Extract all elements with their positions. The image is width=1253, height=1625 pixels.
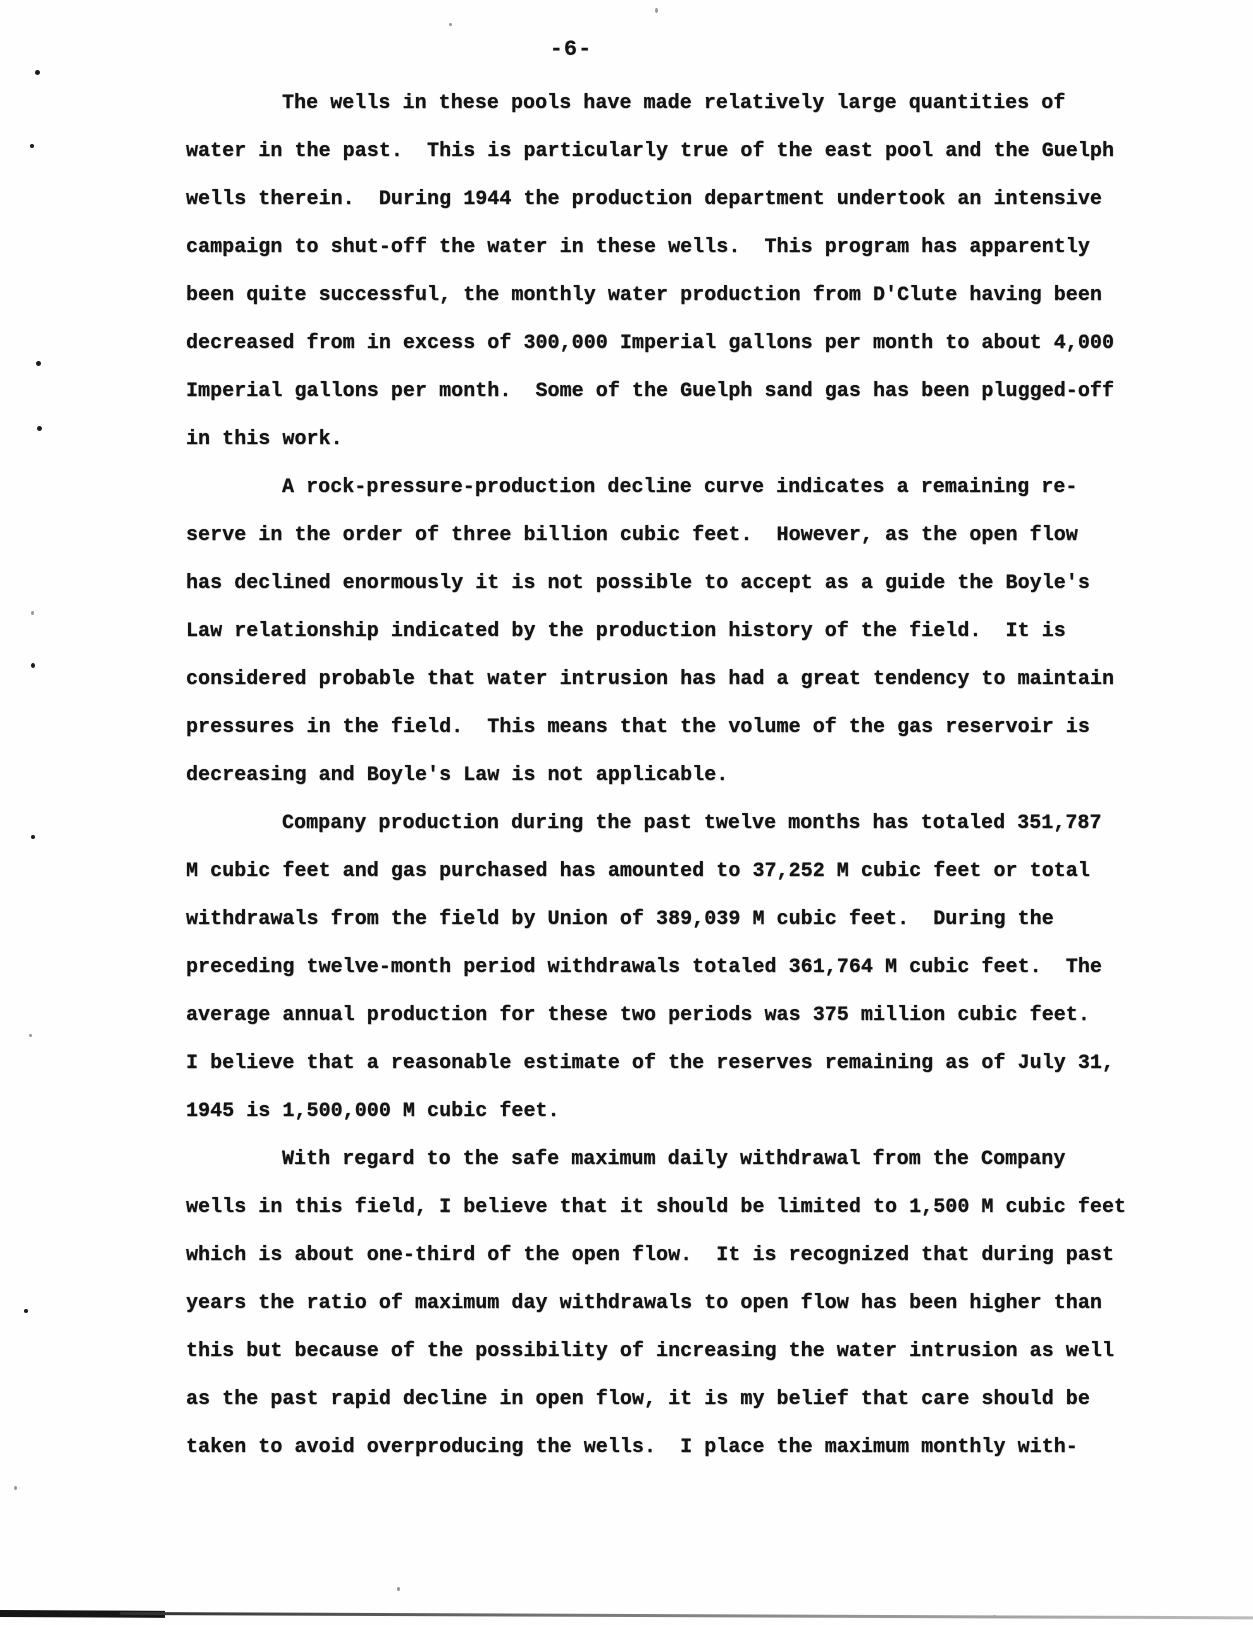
text-line: water in the past. This is particularly … <box>186 128 1186 176</box>
scan-speck <box>397 1587 400 1591</box>
scan-speck <box>30 144 34 148</box>
text-line: A rock-pressure-production decline curve… <box>186 464 1186 512</box>
document-body: The wells in these pools have made relat… <box>186 80 1186 1472</box>
paragraph: Company production during the past twelv… <box>186 800 1186 1136</box>
paragraph: The wells in these pools have made relat… <box>186 80 1186 464</box>
text-line: taken to avoid overproducing the wells. … <box>186 1424 1186 1472</box>
scan-speck <box>24 1309 28 1313</box>
text-line: has declined enormously it is not possib… <box>186 560 1186 608</box>
scan-speck <box>36 361 41 366</box>
text-line: decreasing and Boyle's Law is not applic… <box>186 752 1186 800</box>
document-page: -6- The wells in these pools have made r… <box>0 0 1253 1625</box>
text-line: With regard to the safe maximum daily wi… <box>186 1136 1186 1184</box>
text-line: which is about one-third of the open flo… <box>186 1232 1186 1280</box>
text-line: 1945 is 1,500,000 M cubic feet. <box>186 1088 1186 1136</box>
text-line: decreased from in excess of 300,000 Impe… <box>186 320 1186 368</box>
scan-speck <box>31 835 35 839</box>
text-line: The wells in these pools have made relat… <box>186 80 1186 128</box>
text-line: pressures in the field. This means that … <box>186 704 1186 752</box>
scan-speck <box>35 70 40 75</box>
scan-speck <box>31 611 34 615</box>
text-line: M cubic feet and gas purchased has amoun… <box>186 848 1186 896</box>
scan-speck <box>655 8 658 13</box>
text-line: I believe that a reasonable estimate of … <box>186 1040 1186 1088</box>
text-line: considered probable that water intrusion… <box>186 656 1186 704</box>
scan-edge-line <box>120 1612 1253 1619</box>
text-line: serve in the order of three billion cubi… <box>186 512 1186 560</box>
text-line: Law relationship indicated by the produc… <box>186 608 1186 656</box>
scan-speck <box>31 663 35 668</box>
scan-speck <box>449 23 452 26</box>
text-line: been quite successful, the monthly water… <box>186 272 1186 320</box>
text-line: as the past rapid decline in open flow, … <box>186 1376 1186 1424</box>
text-line: Company production during the past twelv… <box>186 800 1186 848</box>
text-line: this but because of the possibility of i… <box>186 1328 1186 1376</box>
text-line: wells therein. During 1944 the productio… <box>186 176 1186 224</box>
scan-speck <box>37 426 42 431</box>
text-line: campaign to shut-off the water in these … <box>186 224 1186 272</box>
text-line: in this work. <box>186 416 1186 464</box>
paragraph: A rock-pressure-production decline curve… <box>186 464 1186 800</box>
text-line: Imperial gallons per month. Some of the … <box>186 368 1186 416</box>
scan-speck <box>29 1034 32 1037</box>
text-line: average annual production for these two … <box>186 992 1186 1040</box>
paragraph: With regard to the safe maximum daily wi… <box>186 1136 1186 1472</box>
scan-speck <box>14 1486 17 1490</box>
text-line: withdrawals from the field by Union of 3… <box>186 896 1186 944</box>
text-line: years the ratio of maximum day withdrawa… <box>186 1280 1186 1328</box>
text-line: wells in this field, I believe that it s… <box>186 1184 1186 1232</box>
page-number: -6- <box>0 37 1142 62</box>
text-line: preceding twelve-month period withdrawal… <box>186 944 1186 992</box>
